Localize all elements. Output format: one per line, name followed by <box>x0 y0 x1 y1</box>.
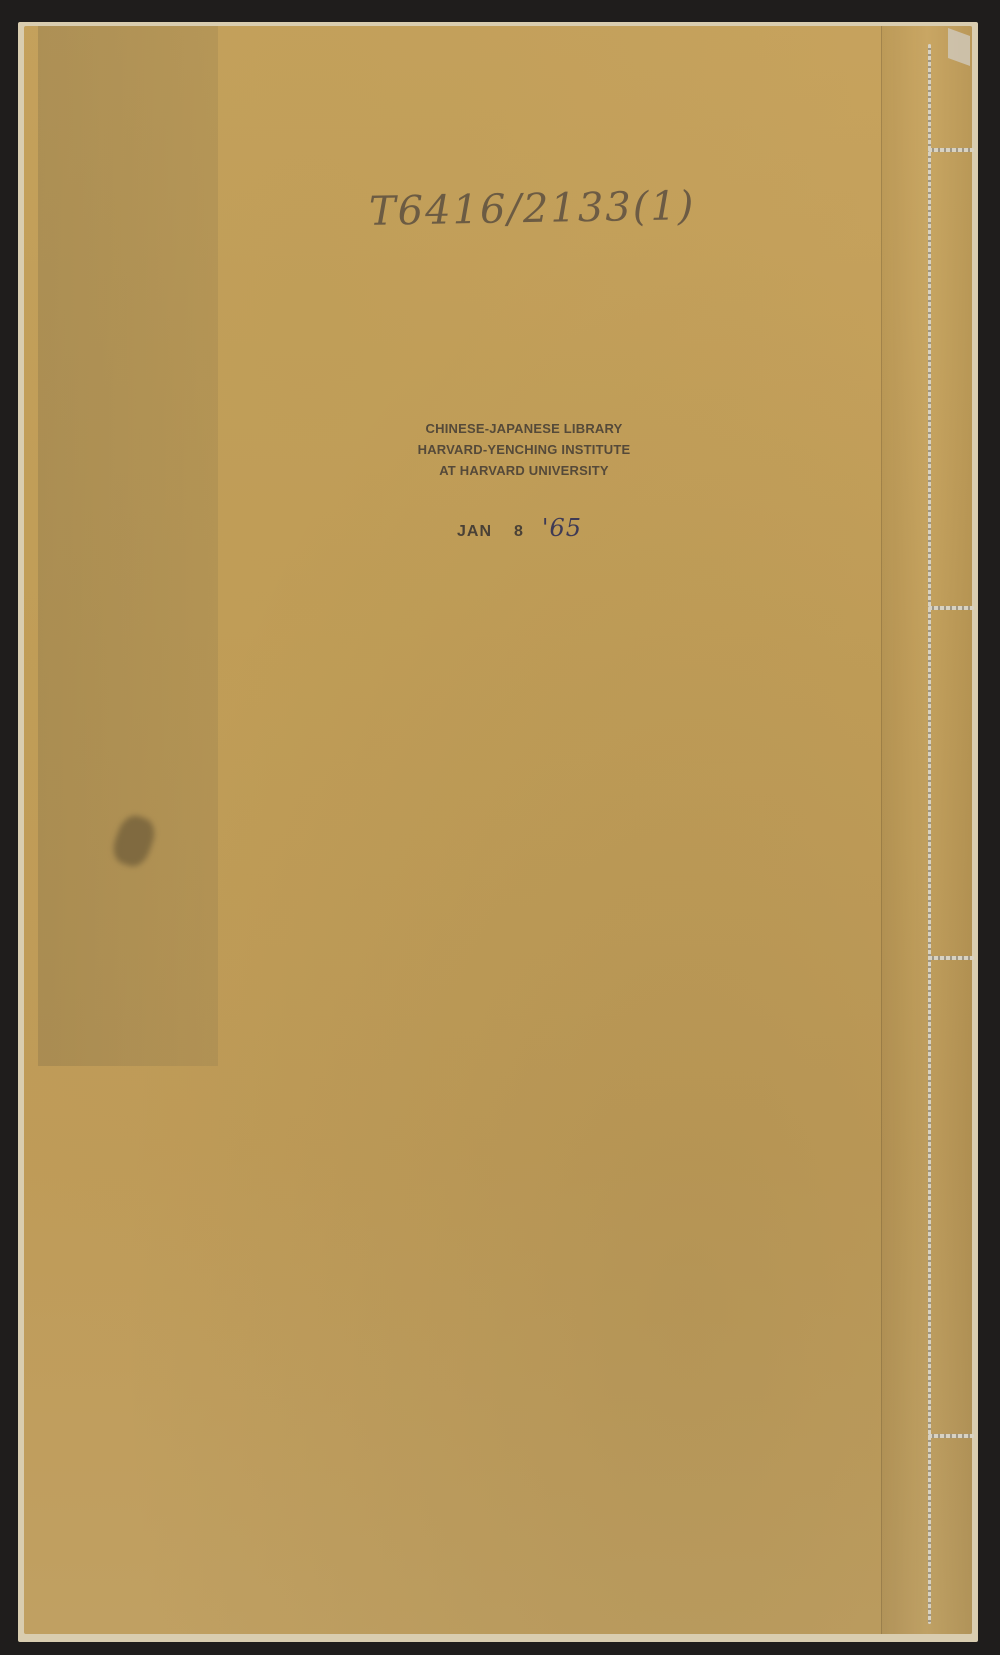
date-day: 8 <box>514 523 524 540</box>
stamp-line-1: CHINESE-JAPANESE LIBRARY <box>384 418 664 439</box>
date-stamp: JAN8'65 <box>457 514 582 542</box>
binding-thread-stitch <box>928 956 974 960</box>
binding-spine <box>881 26 972 1634</box>
handwritten-call-number: T6416/2133(1) <box>369 183 696 235</box>
binding-thread-vertical <box>928 44 931 1624</box>
date-year: '65 <box>542 514 582 542</box>
binding-thread-stitch <box>928 1434 974 1438</box>
date-month: JAN <box>457 523 492 540</box>
book-cover: T6416/2133(1) CHINESE-JAPANESE LIBRARY H… <box>24 26 972 1634</box>
library-stamp: CHINESE-JAPANESE LIBRARY HARVARD-YENCHIN… <box>384 418 664 481</box>
book: T6416/2133(1) CHINESE-JAPANESE LIBRARY H… <box>18 22 978 1642</box>
faded-title-strip <box>38 26 218 1066</box>
binding-thread-stitch <box>928 606 974 610</box>
stamp-line-3: AT HARVARD UNIVERSITY <box>384 460 664 481</box>
binding-thread-stitch <box>928 148 974 152</box>
stamp-line-2: HARVARD-YENCHING INSTITUTE <box>384 439 664 460</box>
corner-protector <box>948 28 970 66</box>
